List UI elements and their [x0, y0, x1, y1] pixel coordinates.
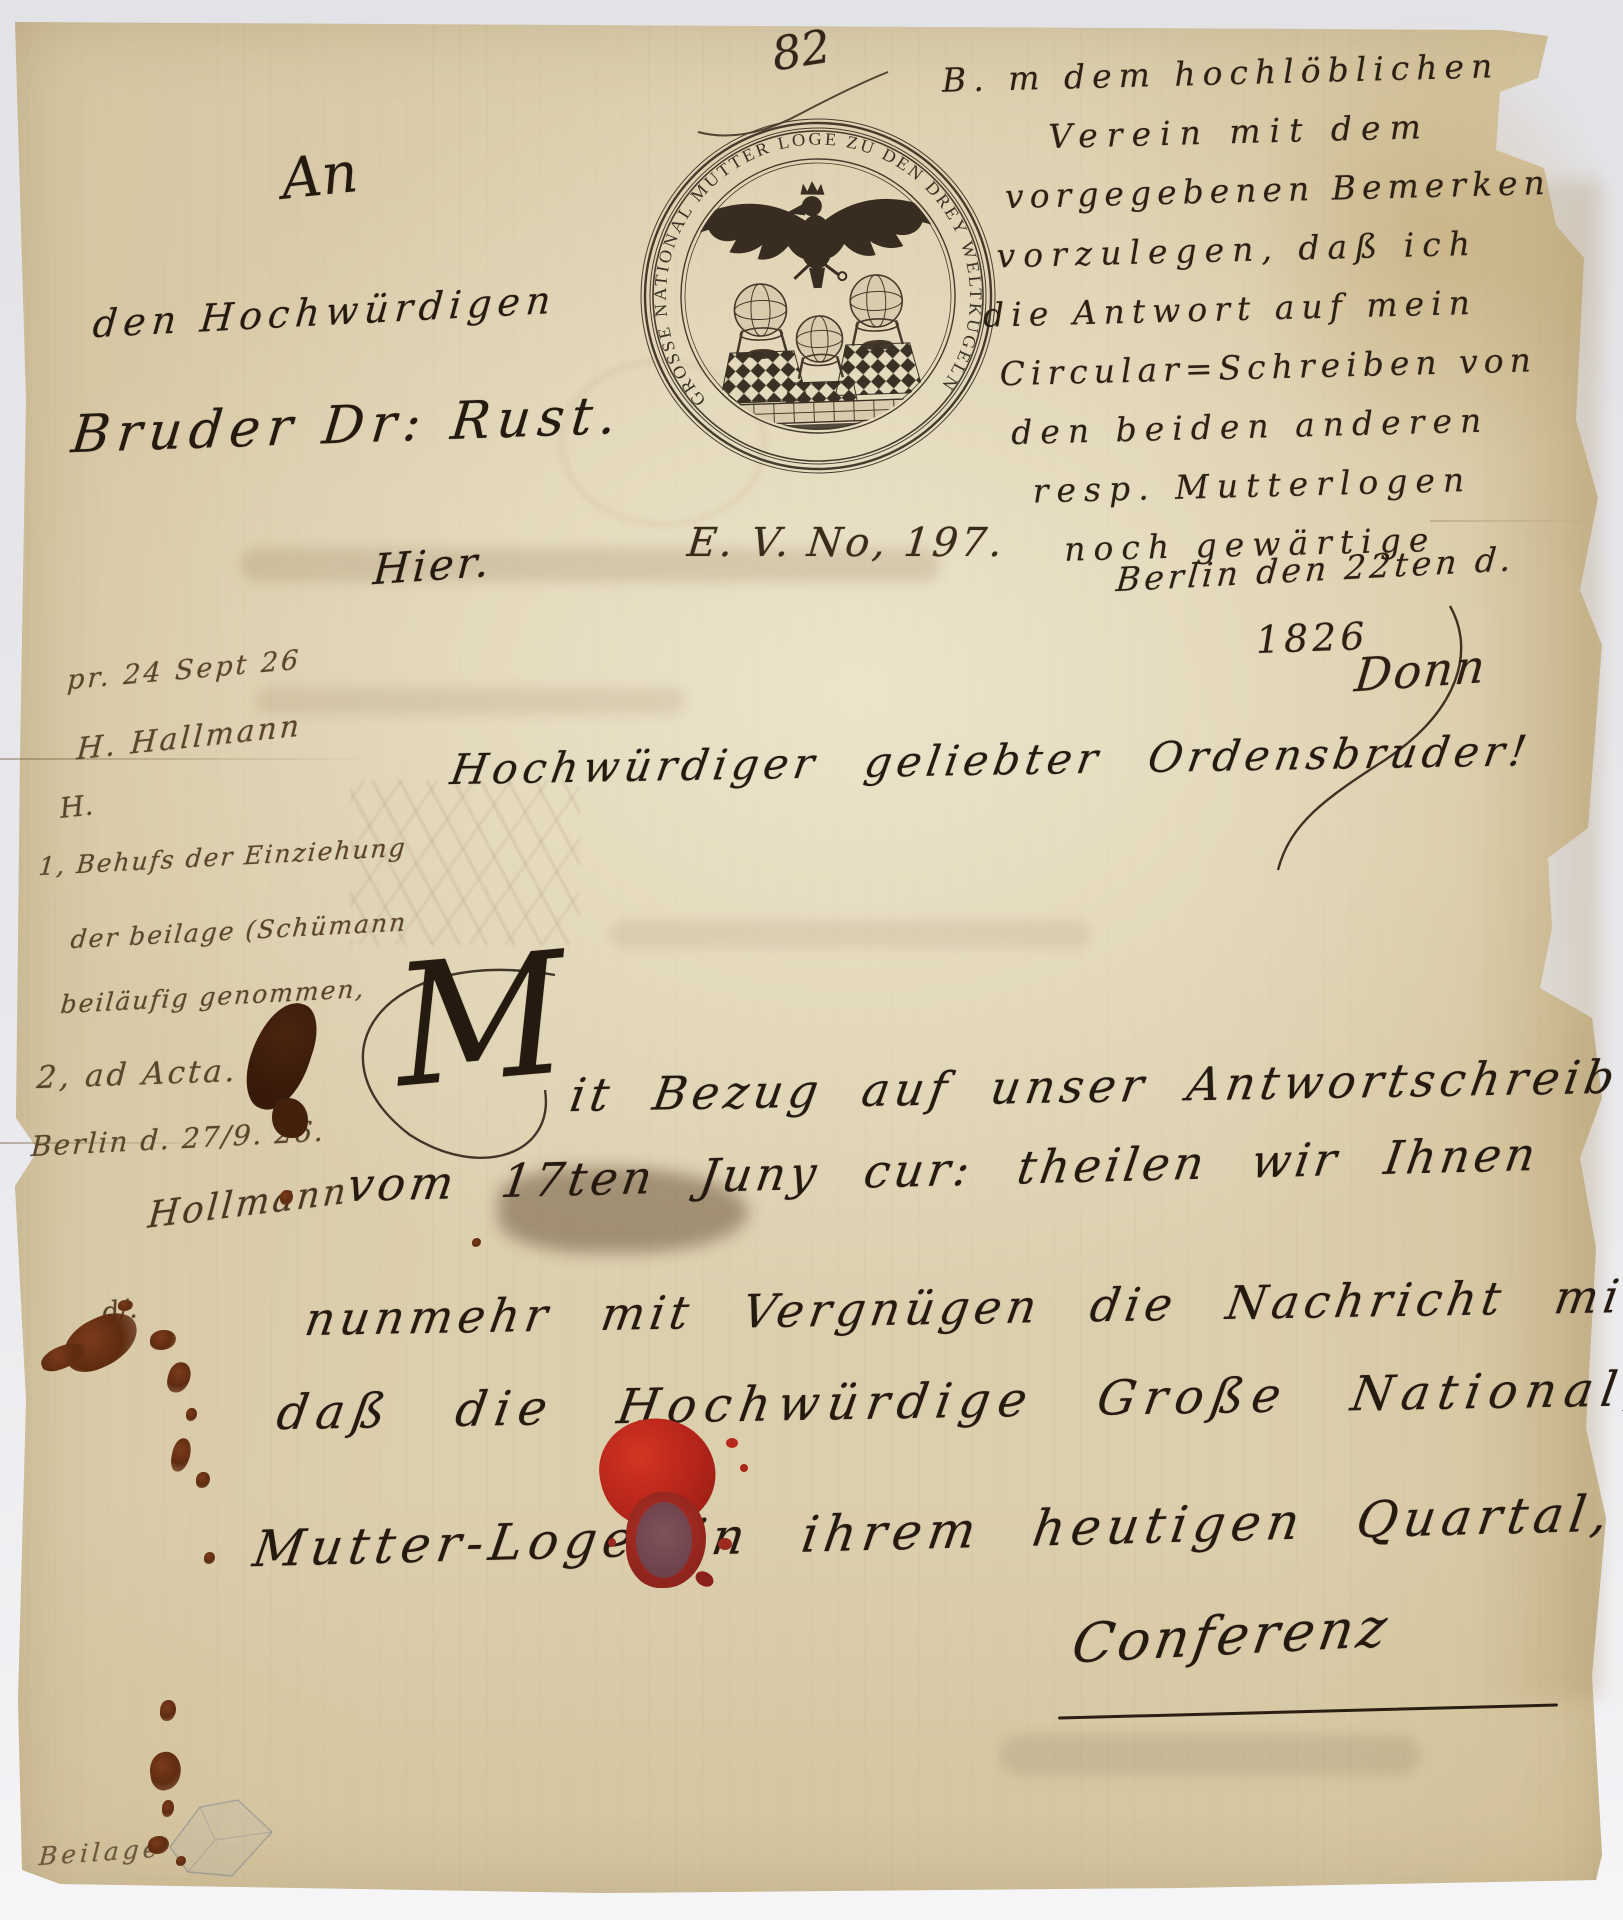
margin-initial: H.	[58, 789, 95, 825]
wax-seal-remnant	[600, 1408, 780, 1608]
body-drop-initial: M	[388, 933, 573, 1107]
address-line-hier: Hier.	[372, 537, 494, 595]
pencil-sketch	[160, 1792, 290, 1887]
address-line-an: An	[278, 140, 361, 213]
ink-blot	[272, 1098, 308, 1138]
scanned-letter: 82 GROSSE NATIONAL MUTTER LOGE ZU DEN DR…	[0, 0, 1623, 1920]
margin-item2: 2, ad Acta.	[35, 1053, 239, 1096]
crowned-eagle-icon	[693, 177, 939, 292]
top-right-note: B. m dem hochlöblichen Verein mit dem vo…	[941, 33, 1620, 581]
fold-crease	[0, 758, 380, 760]
